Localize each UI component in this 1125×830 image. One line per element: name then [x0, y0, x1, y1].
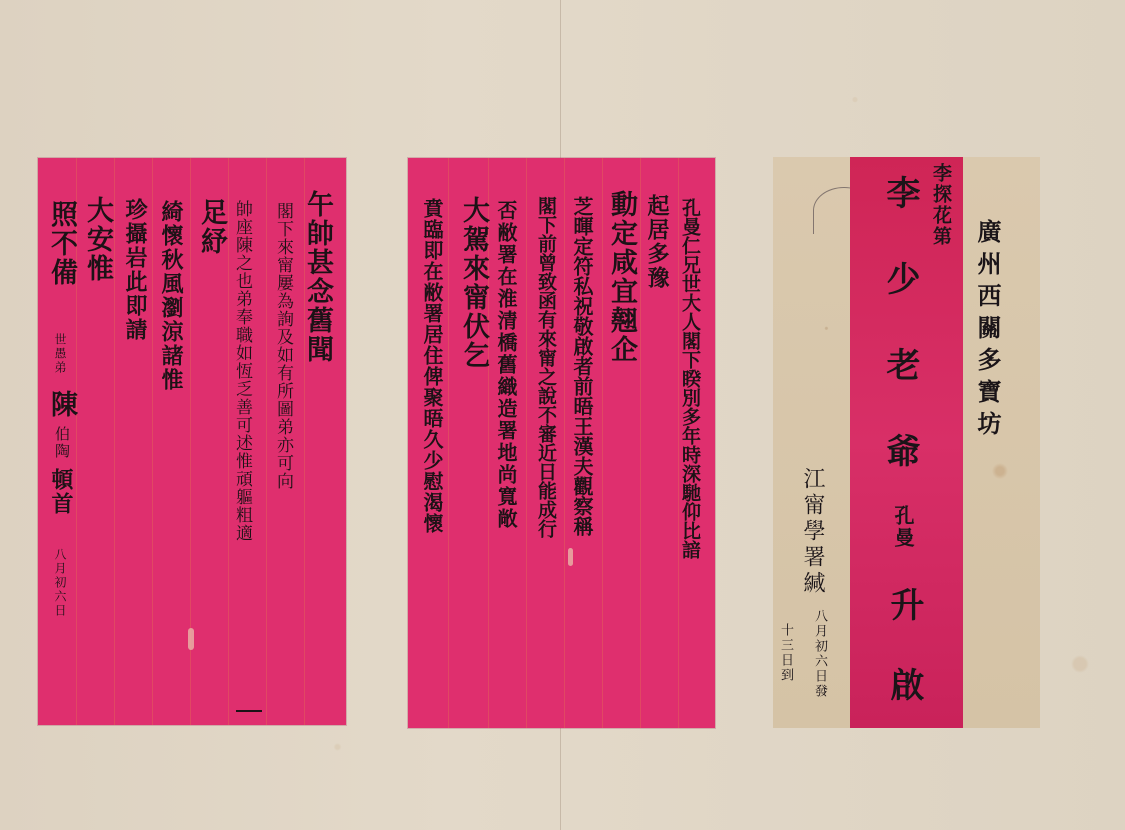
letter-page-2: 午帥甚念舊聞 閣下來甯屢為詢及如有所圖弟亦可向 帥座陳之也弟奉職如恆乏善可述惟頑…	[38, 158, 346, 725]
letter-column: 孔曼仁兄世大人閣下睽別多年時深馳仰比諳	[680, 198, 699, 559]
column-rule	[564, 158, 565, 728]
column-rule	[266, 158, 267, 725]
letter-column: 大安惟	[84, 196, 111, 283]
letter-column: 午帥甚念舊聞	[304, 190, 331, 364]
letter-column: 芝暉定符私祝敬啟者前晤王漢夫觀察稱	[572, 196, 592, 536]
letter-column: 起居多豫	[646, 194, 668, 290]
signature-closing: 頓首	[50, 468, 72, 516]
letter-column: 綺懷秋風瀏涼諸惟	[160, 200, 182, 392]
column-rule	[114, 158, 115, 725]
letter-column: 閣下來甯屢為詢及如有所圖弟亦可向	[274, 202, 291, 490]
sent-date: 八月初六日發	[813, 609, 826, 699]
signature-prefix: 世愚弟	[54, 333, 66, 375]
letter-column: 照不備	[48, 200, 75, 287]
recipient-title: 李少老爺	[883, 175, 917, 519]
column-rule	[152, 158, 153, 725]
letter-column: 足紓	[198, 198, 225, 256]
signature-surname: 陳	[48, 390, 75, 419]
column-rule	[640, 158, 641, 728]
letter-column: 帥座陳之也弟奉職如恆乏善可述惟頑軀粗適	[233, 200, 250, 542]
paper-damage	[568, 548, 573, 566]
household-column: 李探花第	[931, 163, 950, 247]
letter-date: 八月初六日	[54, 548, 66, 618]
column-rule	[448, 158, 449, 728]
letter-column: 珍攝岩此即請	[124, 198, 146, 342]
underline-mark	[236, 710, 262, 712]
sender-column: 江甯學署緘	[801, 467, 823, 597]
paper-damage	[188, 628, 194, 650]
recipient-name: 孔曼	[893, 505, 913, 549]
letter-column: 大駕來甯伏乞	[460, 196, 487, 370]
envelope: 廣州西關多寶坊 李探花第 李少老爺 孔曼 升啟 江甯學署緘 八月初六日發 十三日…	[773, 157, 1040, 728]
letter-page-1: 孔曼仁兄世大人閣下睽別多年時深馳仰比諳 起居多豫 動定咸宜翹企 芝暉定符私祝敬啟…	[408, 158, 715, 728]
signature-given-name: 伯陶	[54, 426, 69, 460]
letter-column: 否敝署在淮清橋舊織造署地尚寬敞	[496, 200, 516, 530]
letter-column: 閣下前曾致函有來甯之說不審近日能成行	[536, 196, 555, 538]
column-rule	[526, 158, 527, 728]
arrival-note: 十三日到	[779, 623, 792, 683]
letter-column: 賁臨即在敝署居住俾聚晤久少慰渴懷	[422, 198, 442, 534]
letter-column: 動定咸宜翹企	[608, 190, 635, 364]
column-rule	[228, 158, 229, 725]
address-column: 廣州西關多寶坊	[975, 219, 999, 443]
recipient-suffix: 升啟	[887, 587, 921, 747]
column-rule	[602, 158, 603, 728]
